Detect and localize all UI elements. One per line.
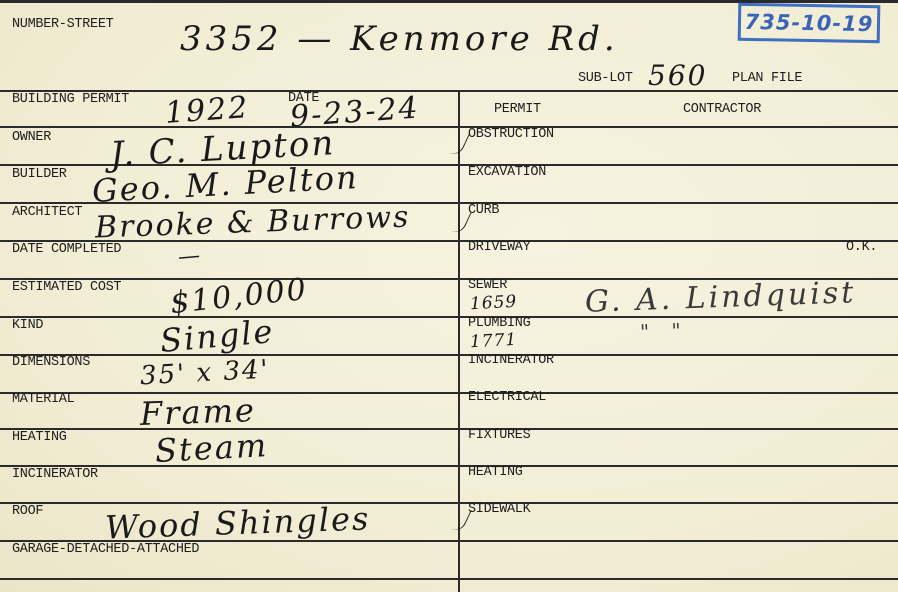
permit-incinerator-label: INCINERATOR xyxy=(468,354,554,368)
permit-sewer-contractor: G. A. Lindquist xyxy=(585,278,857,317)
permit-fixtures-label: FIXTURES xyxy=(468,429,530,443)
estimated-cost-label: ESTIMATED COST xyxy=(12,281,121,295)
ruled-line xyxy=(0,392,898,394)
material-value: Frame xyxy=(139,394,256,430)
ruled-line xyxy=(0,316,898,318)
ruled-line xyxy=(0,502,898,504)
permit-header: PERMIT xyxy=(494,103,541,117)
dimensions-label: DIMENSIONS xyxy=(12,356,90,370)
permit-electrical-label: ELECTRICAL xyxy=(468,391,546,405)
roof-value: Wood Shingles xyxy=(105,502,371,543)
kind-label: KIND xyxy=(12,319,43,333)
roof-label: ROOF xyxy=(12,505,43,519)
building-permit-card: 735-10-19 NUMBER-STREET 3352 — Kenmore R… xyxy=(0,0,898,592)
ruled-line xyxy=(0,465,898,467)
ruled-line xyxy=(0,126,898,128)
permit-obstruction-label: OBSTRUCTION xyxy=(468,128,554,142)
dimensions-value: 35' x 34' xyxy=(139,357,270,390)
heating-label: HEATING xyxy=(12,431,67,445)
material-label: MATERIAL xyxy=(12,393,74,407)
garage-detached-attached-label: GARAGE-DETACHED-ATTACHED xyxy=(12,543,199,557)
stamp-number: 735-10-19 xyxy=(738,3,881,43)
contractor-header: CONTRACTOR xyxy=(683,103,761,117)
check-mark-icon xyxy=(447,504,472,534)
permit-heating-label: HEATING xyxy=(468,466,523,480)
sub-lot-value: 560 xyxy=(648,62,707,90)
permit-excavation-label: EXCAVATION xyxy=(468,166,546,180)
number-street-value: 3352 — Kenmore Rd. xyxy=(180,22,619,56)
architect-value: Brooke & Burrows xyxy=(95,203,411,244)
check-mark-icon xyxy=(447,206,472,236)
kind-value: Single xyxy=(159,315,276,357)
incinerator-label: INCINERATOR xyxy=(12,468,98,482)
ruled-line xyxy=(0,578,898,580)
owner-label: OWNER xyxy=(12,131,51,145)
ruled-line xyxy=(0,354,898,356)
architect-label: ARCHITECT xyxy=(12,206,82,220)
building-permit-label: BUILDING PERMIT xyxy=(12,93,129,107)
builder-label: BUILDER xyxy=(12,168,67,182)
permit-plumbing-number: 1771 xyxy=(470,332,518,351)
permit-plumbing-label: PLUMBING xyxy=(468,317,530,331)
ruled-line xyxy=(0,428,898,430)
permit-curb-label: CURB xyxy=(468,204,499,218)
permit-sewer-number: 1659 xyxy=(470,294,518,313)
permit-driveway-label: DRIVEWAY xyxy=(468,241,530,255)
date-completed-value: — xyxy=(177,245,203,269)
permit-sidewalk-label: SIDEWALK xyxy=(468,503,530,517)
permit-sewer-label: SEWER xyxy=(468,279,507,293)
heating-value: Steam xyxy=(154,429,269,467)
plan-file-label: PLAN FILE xyxy=(732,72,802,86)
date-completed-label: DATE COMPLETED xyxy=(12,243,121,257)
ruled-line xyxy=(0,90,898,92)
number-street-label: NUMBER-STREET xyxy=(12,18,113,32)
permit-plumbing-contractor: " " xyxy=(640,320,689,342)
sub-lot-label: SUB-LOT xyxy=(578,72,633,86)
estimated-cost-value: $10,000 xyxy=(169,275,309,319)
date-value: 9-23-24 xyxy=(289,94,420,133)
building-permit-value: 1922 xyxy=(164,93,250,129)
permit-driveway-note: O.K. xyxy=(846,241,877,255)
